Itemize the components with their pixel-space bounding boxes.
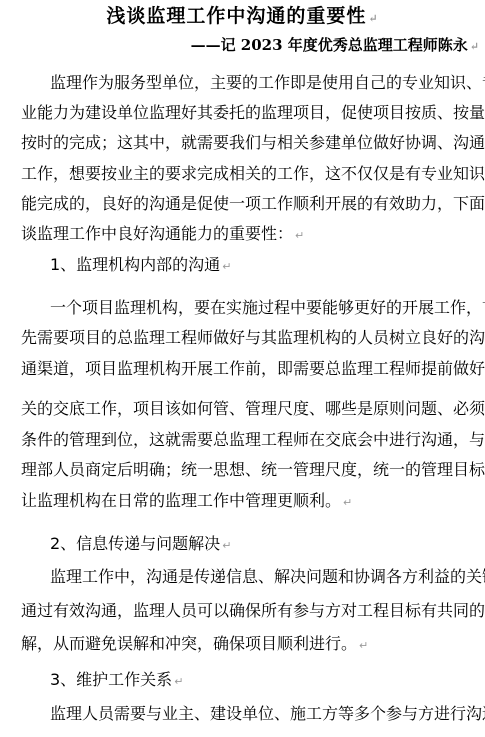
document-title: 浅谈监理工作中沟通的重要性↵ — [0, 3, 485, 32]
text-line: 监理作为服务型单位，主要的工作即是使用自己的专业知识、专 — [50, 72, 464, 94]
paragraph-mark-icon: ↵ — [368, 12, 378, 25]
line-text: 解，从而避免误解和冲突，确保项目顺利进行。 — [21, 634, 357, 653]
line-text: 通渠道，项目监理机构开展工作前，即需要总监理工程师提前做好相 — [21, 359, 485, 378]
subtitle-text: ——记 2023 年度优秀总监理工程师陈永 — [191, 36, 468, 54]
text-line: 让监理机构在日常的监理工作中管理更顺利。↵ — [21, 490, 464, 514]
line-text: 2、信息传递与问题解决 — [50, 534, 220, 553]
line-text: 业能力为建设单位监理好其委托的监理项目，促使项目按质、按量、 — [21, 103, 485, 122]
paragraph-mark-icon: ↵ — [295, 229, 304, 242]
line-text: 让监理机构在日常的监理工作中管理更顺利。 — [21, 491, 341, 510]
text-line: 监理工作中，沟通是传递信息、解决问题和协调各方利益的关键。 — [50, 566, 464, 588]
document-subtitle: ——记 2023 年度优秀总监理工程师陈永↵ — [191, 34, 479, 58]
text-line: 理部人员商定后明确；统一思想、统一管理尺度，统一的管理目标会 — [21, 459, 464, 481]
line-text: 监理作为服务型单位，主要的工作即是使用自己的专业知识、专 — [50, 73, 485, 92]
text-line: 3、维护工作关系↵ — [50, 669, 464, 693]
line-text: 一个项目监理机构，要在实施过程中要能够更好的开展工作，首 — [50, 298, 485, 317]
text-line: 条件的管理到位，这就需要总监理工程师在交底会中进行沟通，与监 — [21, 429, 464, 451]
paragraph-mark-icon: ↵ — [222, 539, 231, 552]
line-text: 先需要项目的总监理工程师做好与其监理机构的人员树立良好的沟 — [21, 328, 485, 347]
line-text: 通过有效沟通，监理人员可以确保所有参与方对工程目标有共同的理 — [21, 601, 485, 620]
document-page: 浅谈监理工作中沟通的重要性↵ ——记 2023 年度优秀总监理工程师陈永↵ 监理… — [0, 0, 485, 737]
text-line: 一个项目监理机构，要在实施过程中要能够更好的开展工作，首 — [50, 297, 464, 319]
text-line: 1、监理机构内部的沟通↵ — [50, 254, 464, 278]
text-line: 按时的完成；这其中，就需要我们与相关参建单位做好协调、沟通的 — [21, 132, 464, 154]
text-line: 监理人员需要与业主、建设单位、施工方等多个参与方进行沟通。 — [50, 703, 464, 725]
text-line: 通渠道，项目监理机构开展工作前，即需要总监理工程师提前做好相 — [21, 358, 464, 380]
text-line: 能完成的，良好的沟通是促使一项工作顺利开展的有效助力，下面谈 — [21, 193, 464, 215]
line-text: 能完成的，良好的沟通是促使一项工作顺利开展的有效助力，下面谈 — [21, 194, 485, 213]
text-line: 2、信息传递与问题解决↵ — [50, 533, 464, 557]
line-text: 条件的管理到位，这就需要总监理工程师在交底会中进行沟通，与监 — [21, 430, 485, 449]
line-text: 理部人员商定后明确；统一思想、统一管理尺度，统一的管理目标会 — [21, 460, 485, 479]
text-line: 通过有效沟通，监理人员可以确保所有参与方对工程目标有共同的理 — [21, 600, 464, 622]
paragraph-mark-icon: ↵ — [174, 675, 183, 688]
text-line: 工作，想要按业主的要求完成相关的工作，这不仅仅是有专业知识就 — [21, 163, 464, 185]
text-line: 业能力为建设单位监理好其委托的监理项目，促使项目按质、按量、 — [21, 102, 464, 124]
line-text: 工作，想要按业主的要求完成相关的工作，这不仅仅是有专业知识就 — [21, 164, 485, 183]
line-text: 3、维护工作关系 — [50, 670, 172, 689]
paragraph-mark-icon: ↵ — [359, 639, 368, 652]
paragraph-mark-icon: ↵ — [222, 260, 231, 273]
line-text: 谈监理工作中良好沟通能力的重要性： — [21, 224, 293, 243]
text-line: 解，从而避免误解和冲突，确保项目顺利进行。↵ — [21, 633, 464, 657]
text-line: 谈监理工作中良好沟通能力的重要性：↵ — [21, 223, 464, 247]
line-text: 按时的完成；这其中，就需要我们与相关参建单位做好协调、沟通的 — [21, 133, 485, 152]
paragraph-mark-icon: ↵ — [343, 496, 352, 509]
line-text: 1、监理机构内部的沟通 — [50, 255, 220, 274]
paragraph-mark-icon: ↵ — [470, 40, 479, 53]
line-text: 监理人员需要与业主、建设单位、施工方等多个参与方进行沟通。 — [50, 704, 485, 723]
text-line: 关的交底工作，项目该如何管、管理尺度、哪些是原则问题、必须无 — [21, 398, 464, 420]
title-text: 浅谈监理工作中沟通的重要性 — [106, 5, 366, 27]
line-text: 监理工作中，沟通是传递信息、解决问题和协调各方利益的关键。 — [50, 567, 485, 586]
text-line: 先需要项目的总监理工程师做好与其监理机构的人员树立良好的沟 — [21, 327, 464, 349]
line-text: 关的交底工作，项目该如何管、管理尺度、哪些是原则问题、必须无 — [21, 399, 485, 418]
